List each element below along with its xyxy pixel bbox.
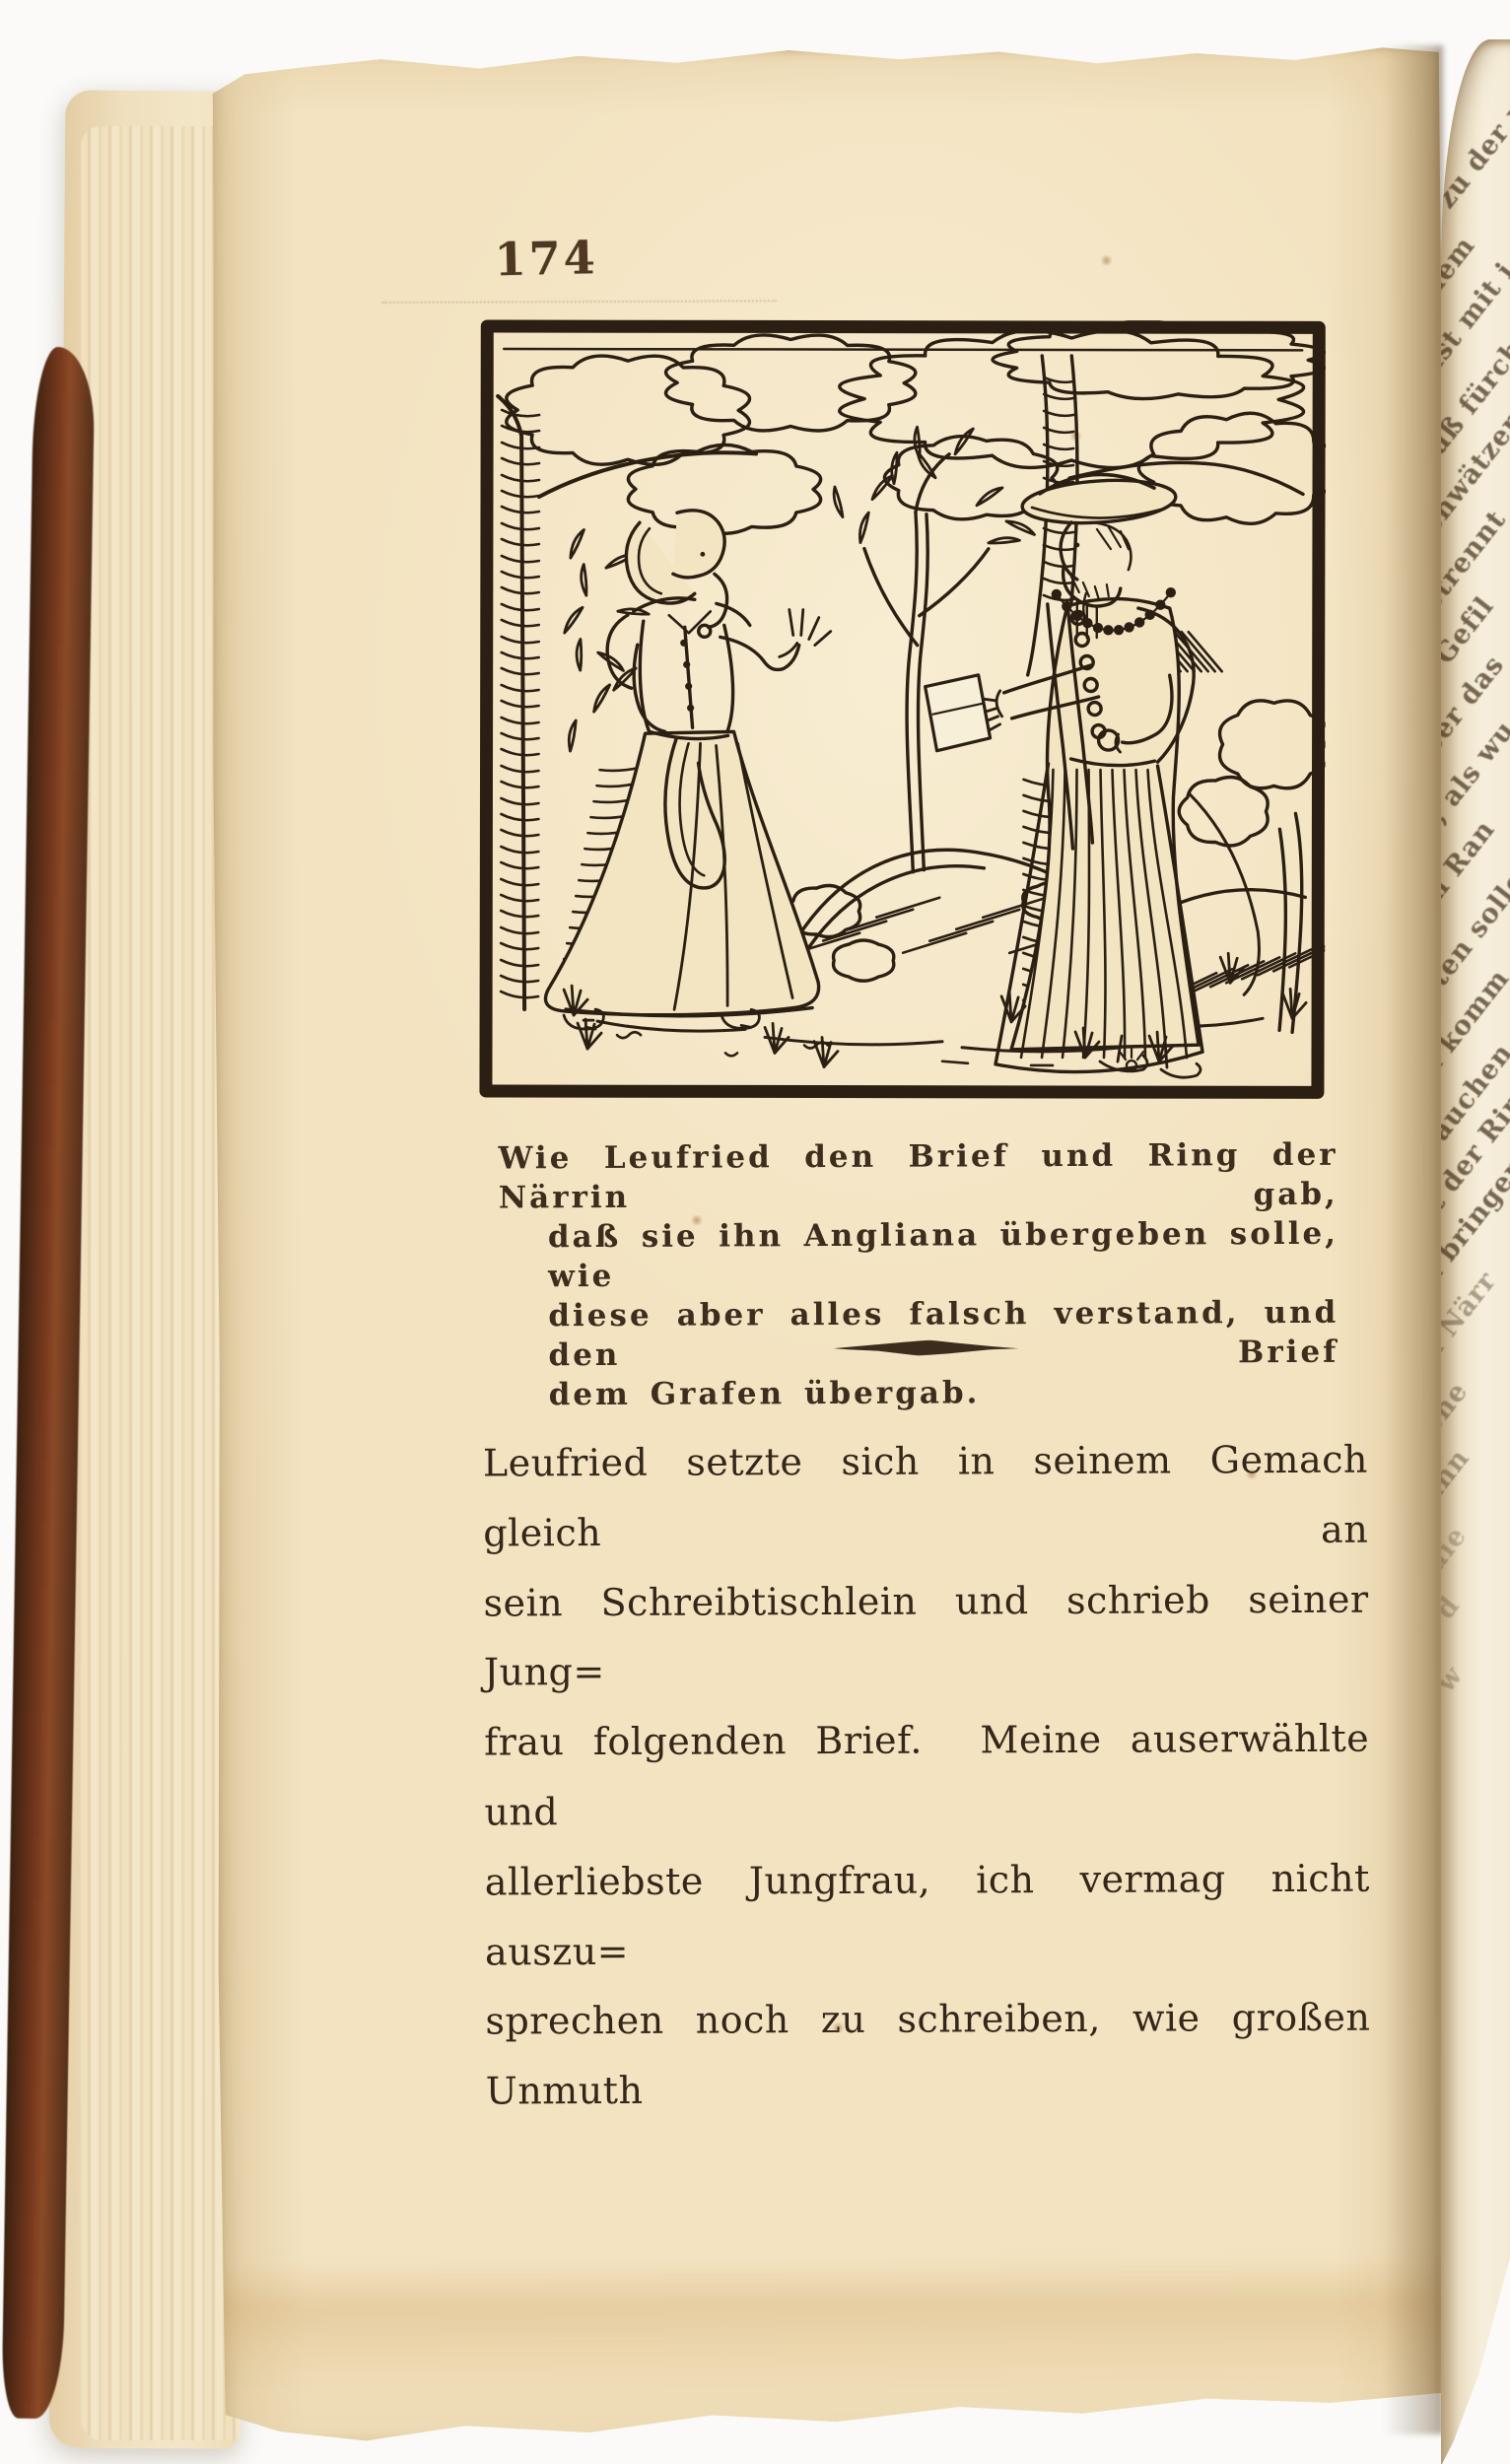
caption-line: daß sie ihn Angliana übergeben solle, wi… [548, 1214, 1338, 1296]
body-line: sprechen noch zu schreiben, wie großen U… [485, 1983, 1371, 2127]
facing-page-text: en Närr [1441, 1266, 1502, 1381]
body-paragraph: Leufried setzte sich in seinem Gemach gl… [483, 1425, 1371, 2127]
water-stain [217, 2254, 1454, 2397]
gutter-shadow [1384, 45, 1443, 2434]
body-line: frau folgenden Brief. Meine auserwählte … [484, 1704, 1370, 1848]
body-line: allerliebste Jungfrau, ich vermag nicht … [485, 1843, 1371, 1987]
book-photo: { "book_page": { "page_number": "174", "… [0, 0, 1510, 2464]
paper-crease [382, 300, 777, 304]
book-page-174: 174 [208, 42, 1455, 2450]
woodcut-caption: Wie Leufried den Brief und Ring der Närr… [499, 1135, 1339, 1415]
facing-page-text: dann [1441, 1443, 1476, 1524]
facing-page-text: as zu der und [1441, 62, 1510, 249]
foxing-spot [1100, 255, 1114, 266]
facing-page-edge: as zu der und allem chst mit i muß fürch… [1441, 39, 1510, 2464]
caption-line: diese aber alles falsch verstand, und de… [548, 1293, 1338, 1375]
woodcut-illustration [479, 319, 1326, 1099]
page-number: 174 [494, 231, 598, 286]
facing-page-text: es w [1441, 1661, 1470, 1733]
body-line: sein Schreibtischlein und schrieb seiner… [483, 1564, 1369, 1708]
caption-line: Wie Leufried den Brief und Ring der Närr… [499, 1135, 1338, 1218]
facing-page-text: er d [1441, 1591, 1466, 1659]
facing-page-text: r die [1441, 1521, 1473, 1598]
caption-line: dem Grafen übergab. [549, 1372, 1339, 1414]
body-line: Leufried setzte sich in seinem Gemach gl… [483, 1425, 1369, 1569]
facing-page-text: gehe [1441, 1376, 1475, 1455]
